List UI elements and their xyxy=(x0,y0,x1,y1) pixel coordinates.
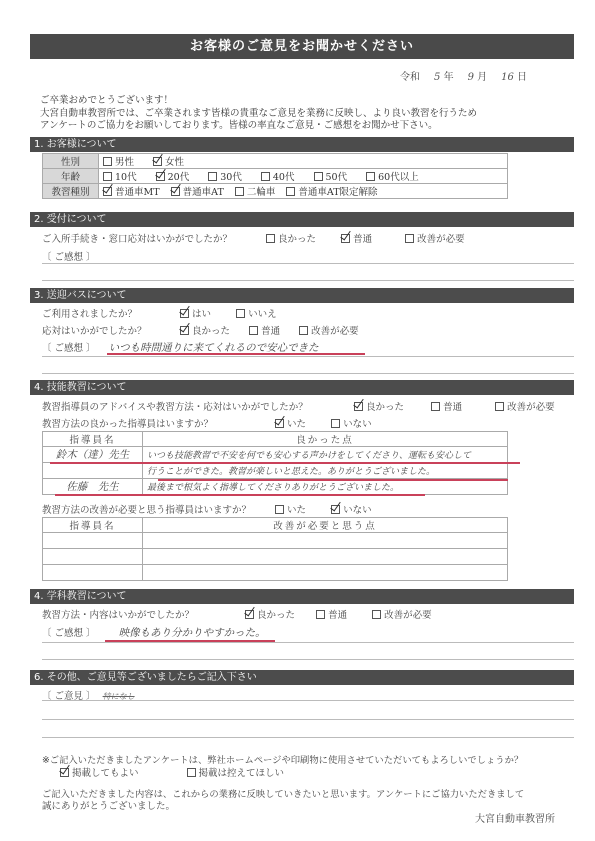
option-label: 二輪車 xyxy=(247,187,276,198)
good-instructor-no-option[interactable]: いない xyxy=(331,416,372,430)
intro-line: アンケートのご協力をお願いしております。皆様の率直なご意見・ご感想をお聞かせ下さ… xyxy=(40,120,477,133)
publish-options-row: 掲載してもよい 掲載は控えてほしい xyxy=(60,765,300,779)
table-row xyxy=(43,565,508,581)
instructor-name-cell[interactable] xyxy=(43,549,143,565)
checkbox-icon[interactable] xyxy=(187,768,196,777)
bus-no-option[interactable]: いいえ xyxy=(236,306,277,320)
comment-line[interactable] xyxy=(42,737,574,738)
date-field: 令和 5 年 9 月 16 日 xyxy=(400,68,527,83)
intro-text: ご卒業おめでとうございます！ 大宮自動車教習所では、ご卒業されます皆様の貴重なご… xyxy=(40,95,477,133)
handwritten-underline xyxy=(50,462,520,464)
handwritten-underline xyxy=(107,353,365,355)
option-label: 男性 xyxy=(115,157,134,168)
option-label: 改善が必要 xyxy=(311,326,359,337)
course-type-label: 教習種別 xyxy=(43,184,99,199)
bus-comment-label: 〔 ご感想 〕 xyxy=(42,343,96,354)
improve-instructor-no-option[interactable]: いない xyxy=(331,502,372,516)
table-row xyxy=(43,549,508,565)
date-year[interactable]: 5 xyxy=(434,72,440,83)
col-good-points: 良かった点 xyxy=(143,432,508,447)
comment-line[interactable] xyxy=(42,642,574,643)
publish-decline-option[interactable]: 掲載は控えてほしい xyxy=(187,765,285,779)
year-label: 年 xyxy=(444,72,454,83)
checkbox-icon[interactable] xyxy=(331,419,340,428)
checkbox-icon[interactable] xyxy=(266,234,275,243)
checkbox-icon[interactable] xyxy=(299,326,308,335)
checkbox-icon[interactable] xyxy=(236,309,245,318)
option-label: 普通車AT限定解除 xyxy=(298,187,377,198)
table-row: 行うことができた。教習が楽しいと思えた。ありがとうございました。 xyxy=(43,463,508,479)
bus-yes-option[interactable]: はい xyxy=(180,306,211,320)
option-label: 普通 xyxy=(261,326,280,337)
checkbox-icon[interactable] xyxy=(286,187,295,196)
classroom-normal-option[interactable]: 普通 xyxy=(316,607,347,621)
instructor-advice-row: 教習指導員のアドバイスや教習方法・応対はいかがでしたか？ 良かった 普通 改善が… xyxy=(42,399,571,413)
age-50s-option[interactable]: 50代 xyxy=(314,169,348,183)
option-label: 掲載は控えてほしい xyxy=(199,768,285,779)
classroom-comment-text[interactable]: 映像もあり分かりやすかった。 xyxy=(119,627,266,639)
classroom-question-row: 教習方法・内容はいかがでしたか？ 良かった 普通 改善が必要 xyxy=(42,607,448,621)
checkbox-icon[interactable] xyxy=(495,402,504,411)
bus-service-row: 応対はいかがでしたか？ 良かった 普通 改善が必要 xyxy=(42,323,375,337)
classroom-good-option[interactable]: 良かった xyxy=(245,607,295,621)
instructor-name-cell[interactable] xyxy=(43,533,143,549)
good-points-cell[interactable]: 行うことができた。教習が楽しいと思えた。ありがとうございました。 xyxy=(143,463,508,479)
checked-checkbox-icon[interactable] xyxy=(180,309,189,318)
course-mt-option[interactable]: 普通車MT xyxy=(103,184,160,198)
instructor-name-cell[interactable] xyxy=(43,565,143,581)
section-header-reception: 2. 受付について xyxy=(30,212,574,227)
option-label: いない xyxy=(343,505,372,516)
course-at-release-option[interactable]: 普通車AT限定解除 xyxy=(286,184,377,198)
checkbox-icon[interactable] xyxy=(103,157,112,166)
comment-line[interactable] xyxy=(42,700,574,701)
instructor-advice-question: 教習指導員のアドバイスや教習方法・応対はいかがでしたか？ xyxy=(42,399,351,413)
option-label: いた xyxy=(287,505,306,516)
option-label: 普通 xyxy=(328,610,347,621)
option-label: 改善が必要 xyxy=(384,610,432,621)
option-label: いた xyxy=(287,419,306,430)
intro-line: 大宮自動車教習所では、ご卒業されます皆様の貴重なご意見を業務に反映し、より良い教… xyxy=(40,108,477,121)
classroom-comment-label: 〔 ご感想 〕 xyxy=(42,628,96,639)
reception-normal-option[interactable]: 普通 xyxy=(341,231,372,245)
improvement-points-cell[interactable] xyxy=(143,549,508,565)
reception-comment-label: 〔 ご感想 〕 xyxy=(42,249,96,263)
customer-info-table: 性別 男性 女性 年齢 10代 20代 30代 40代 50代 60代以上 教習… xyxy=(42,153,508,199)
table-row xyxy=(43,533,508,549)
reception-question: ご入所手続き・窓口応対はいかがでしたか？ xyxy=(42,231,263,245)
course-motorcycle-option[interactable]: 二輪車 xyxy=(235,184,276,198)
bus-normal-option[interactable]: 普通 xyxy=(249,323,280,337)
reception-question-row: ご入所手続き・窓口応対はいかがでしたか？ 良かった 普通 改善が必要 xyxy=(42,231,481,245)
month-label: 月 xyxy=(477,72,487,83)
checked-checkbox-icon[interactable] xyxy=(245,610,254,619)
section-header-classroom-lessons: 4. 学科教習について xyxy=(30,589,574,604)
table-row: 鈴木（達）先生 いつも技能教習で不安を何でも安心する声かけをしてくださり、運転も… xyxy=(43,447,508,463)
reception-improve-option[interactable]: 改善が必要 xyxy=(405,231,465,245)
comment-line[interactable] xyxy=(42,280,574,281)
checked-checkbox-icon[interactable] xyxy=(171,187,180,196)
checkbox-icon[interactable] xyxy=(249,326,258,335)
option-label: いない xyxy=(343,419,372,430)
section-header-other-comments: 6. その他、ご意見等ございましたらご記入下さい xyxy=(30,670,574,685)
age-label: 年齢 xyxy=(43,169,99,184)
age-60plus-option[interactable]: 60代以上 xyxy=(366,169,419,183)
gender-female-option[interactable]: 女性 xyxy=(153,154,184,168)
checkbox-icon[interactable] xyxy=(261,172,270,181)
option-label: 普通 xyxy=(353,234,372,245)
section-header-driving-lessons: 4. 技能教習について xyxy=(30,380,574,395)
thanks-line-2: 誠にありがとうございました。 xyxy=(42,798,175,812)
age-30s-option[interactable]: 30代 xyxy=(208,169,242,183)
bus-service-question: 応対はいかがでしたか？ xyxy=(42,323,177,337)
comment-line[interactable] xyxy=(42,356,574,357)
checkbox-icon[interactable] xyxy=(235,187,244,196)
checkbox-icon[interactable] xyxy=(314,172,323,181)
improvement-points-cell[interactable] xyxy=(143,533,508,549)
gender-label: 性別 xyxy=(43,154,99,169)
organization-name: 大宮自動車教習所 xyxy=(475,810,555,825)
comment-line[interactable] xyxy=(42,659,574,660)
option-label: 10代 xyxy=(115,172,137,183)
instructor-name-cell[interactable]: 佐藤 先生 xyxy=(43,479,143,495)
option-label: 良かった xyxy=(192,326,230,337)
option-label: 良かった xyxy=(257,610,295,621)
checked-checkbox-icon[interactable] xyxy=(156,172,165,181)
col-instructor-name: 指導員名 xyxy=(43,432,143,447)
reception-good-option[interactable]: 良かった xyxy=(266,231,316,245)
checked-checkbox-icon[interactable] xyxy=(60,768,69,777)
option-label: いいえ xyxy=(248,309,277,320)
option-label: 普通 xyxy=(443,402,462,413)
good-instructor-question: 教習方法の良かった指導員はいますか？ xyxy=(42,416,272,430)
date-day[interactable]: 16 xyxy=(501,72,514,83)
bus-good-option[interactable]: 良かった xyxy=(180,323,230,337)
checked-checkbox-icon[interactable] xyxy=(275,419,284,428)
option-label: 50代 xyxy=(326,172,348,183)
comment-line[interactable] xyxy=(42,719,574,720)
checkbox-icon[interactable] xyxy=(208,172,217,181)
day-label: 日 xyxy=(517,72,527,83)
checkbox-icon[interactable] xyxy=(275,505,284,514)
option-label: 40代 xyxy=(273,172,295,183)
bus-usage-row: ご利用されましたか？ はい いいえ xyxy=(42,306,293,320)
improve-instructor-row: 教習方法の改善が必要と思う指導員はいますか？ いた いない xyxy=(42,502,388,516)
checkbox-icon[interactable] xyxy=(103,172,112,181)
option-label: はい xyxy=(192,309,211,320)
checkbox-icon[interactable] xyxy=(316,610,325,619)
checkbox-icon[interactable] xyxy=(372,610,381,619)
comment-line[interactable] xyxy=(42,373,574,374)
option-label: 普通車AT xyxy=(183,187,224,198)
good-points-cell[interactable]: いつも技能教習で不安を何でも安心する声かけをしてくださり、運転も安心して xyxy=(143,447,508,463)
col-improvement-points: 改善が必要と思う点 xyxy=(143,518,508,533)
comment-line[interactable] xyxy=(42,263,574,264)
advice-normal-option[interactable]: 普通 xyxy=(431,399,462,413)
good-instructor-yes-option[interactable]: いた xyxy=(275,416,306,430)
option-label: 改善が必要 xyxy=(507,402,555,413)
option-label: 良かった xyxy=(278,234,316,245)
option-label: 20代 xyxy=(168,172,190,183)
instructor-name-cell[interactable] xyxy=(43,463,143,479)
classroom-question: 教習方法・内容はいかがでしたか？ xyxy=(42,607,242,621)
checkbox-icon[interactable] xyxy=(366,172,375,181)
date-era: 令和 xyxy=(400,68,420,83)
improve-instructor-yes-option[interactable]: いた xyxy=(275,502,306,516)
date-month[interactable]: 9 xyxy=(468,72,474,83)
option-label: 掲載してもよい xyxy=(72,768,139,779)
age-40s-option[interactable]: 40代 xyxy=(261,169,295,183)
option-label: 30代 xyxy=(220,172,242,183)
instructor-name-cell[interactable]: 鈴木（達）先生 xyxy=(43,447,143,463)
checked-checkbox-icon[interactable] xyxy=(103,187,112,196)
checkbox-icon[interactable] xyxy=(431,402,440,411)
improve-instructor-question: 教習方法の改善が必要と思う指導員はいますか？ xyxy=(42,502,272,516)
checked-checkbox-icon[interactable] xyxy=(180,326,189,335)
checked-checkbox-icon[interactable] xyxy=(354,402,363,411)
checked-checkbox-icon[interactable] xyxy=(341,234,350,243)
handwritten-underline xyxy=(158,479,508,481)
intro-line: ご卒業おめでとうございます！ xyxy=(40,95,477,108)
col-instructor-name: 指導員名 xyxy=(43,518,143,533)
option-label: 良かった xyxy=(366,402,404,413)
option-label: 60代以上 xyxy=(378,172,419,183)
bus-improve-option[interactable]: 改善が必要 xyxy=(299,323,359,337)
checked-checkbox-icon[interactable] xyxy=(153,157,162,166)
gender-male-option[interactable]: 男性 xyxy=(103,154,134,168)
improvement-points-cell[interactable] xyxy=(143,565,508,581)
section-header-customer: 1. お客様について xyxy=(30,137,574,152)
bus-usage-question: ご利用されましたか？ xyxy=(42,306,177,320)
checkbox-icon[interactable] xyxy=(405,234,414,243)
publish-allow-option[interactable]: 掲載してもよい xyxy=(60,765,139,779)
course-at-option[interactable]: 普通車AT xyxy=(171,184,224,198)
publish-question: ※ご記入いただきましたアンケートは、弊社ホームページや印刷物に使用させていただい… xyxy=(42,752,523,766)
advice-good-option[interactable]: 良かった xyxy=(354,399,404,413)
improve-instructor-table: 指導員名 改善が必要と思う点 xyxy=(42,517,508,581)
section-header-shuttle-bus: 3. 送迎バスについて xyxy=(30,288,574,303)
option-label: 改善が必要 xyxy=(417,234,465,245)
advice-improve-option[interactable]: 改善が必要 xyxy=(495,399,555,413)
handwritten-underline xyxy=(55,494,425,496)
form-title: お客様のご意見をお聞かせください xyxy=(30,34,574,59)
option-label: 女性 xyxy=(165,157,184,168)
classroom-comment-row: 〔 ご感想 〕 映像もあり分かりやすかった。 xyxy=(42,625,266,640)
age-20s-option[interactable]: 20代 xyxy=(156,169,190,183)
good-instructor-row: 教習方法の良かった指導員はいますか？ いた いない xyxy=(42,416,388,430)
checked-checkbox-icon[interactable] xyxy=(331,505,340,514)
classroom-improve-option[interactable]: 改善が必要 xyxy=(372,607,432,621)
option-label: 普通車MT xyxy=(115,187,160,198)
